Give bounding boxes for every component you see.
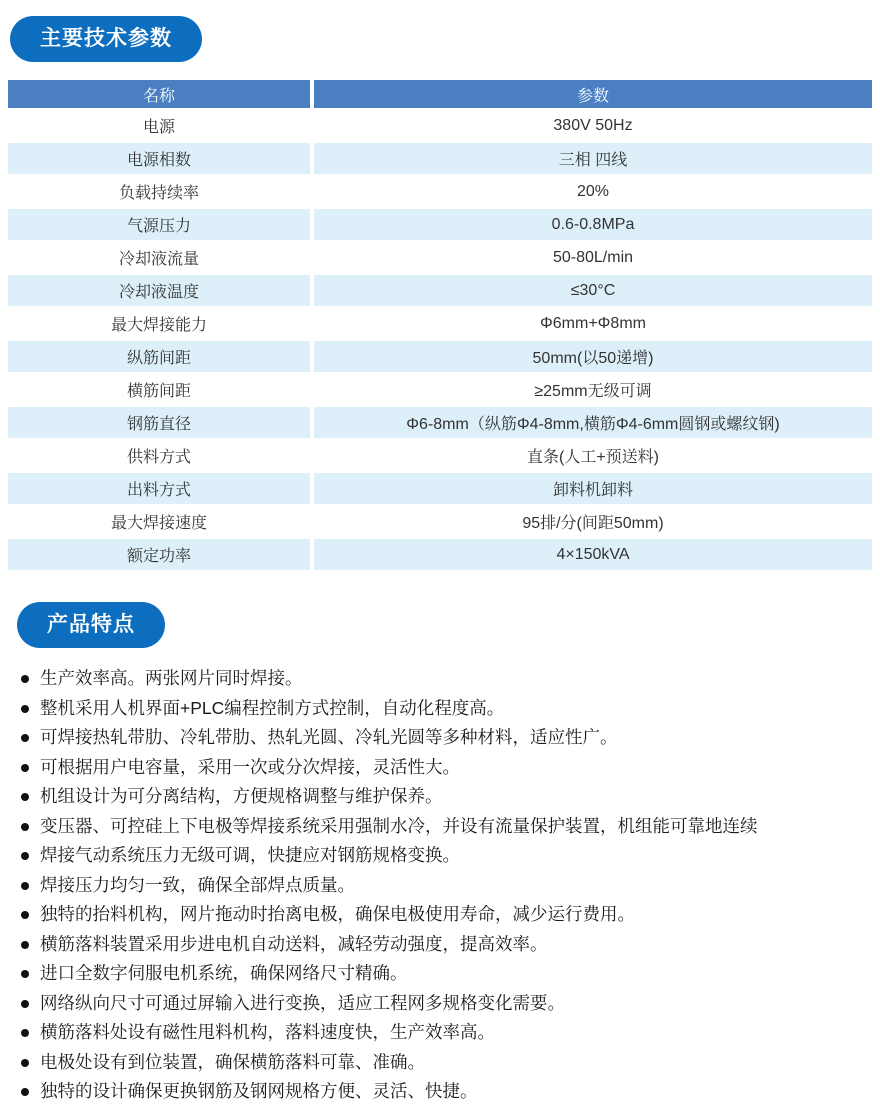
param-value-cell: 直条(人工+预送料) xyxy=(314,440,872,471)
param-value-cell: Φ6mm+Φ8mm xyxy=(314,308,872,339)
param-value-cell: 三相 四线 xyxy=(314,143,872,174)
feature-item: 网络纵向尺寸可通过屏输入进行变换，适应工程网多规格变化需要。 xyxy=(18,989,880,1019)
feature-text: 进口全数字伺服电机系统，确保网络尺寸精确。 xyxy=(40,963,408,983)
param-value-cell: ≥25mm无级可调 xyxy=(314,374,872,405)
param-value-cell: 50-80L/min xyxy=(314,242,872,273)
column-header-value: 参数 xyxy=(314,80,872,108)
bullet-dot-icon xyxy=(21,1029,29,1037)
feature-text: 可根据用户电容量，采用一次或分次焊接，灵活性大。 xyxy=(40,757,460,777)
param-value-cell: 380V 50Hz xyxy=(314,110,872,141)
bullet-dot-icon xyxy=(21,1059,29,1067)
param-name-cell: 纵筋间距 xyxy=(8,341,310,372)
bullet-dot-icon xyxy=(21,1000,29,1008)
feature-item: 独特的设计确保更换钢筋及钢网规格方便、灵活、快捷。 xyxy=(18,1077,880,1106)
spec-table: 名称 参数 电源380V 50Hz电源相数三相 四线负载持续率20%气源压力0.… xyxy=(8,80,872,570)
bullet-dot-icon xyxy=(21,705,29,713)
param-name-cell: 额定功率 xyxy=(8,539,310,570)
bullet-dot-icon xyxy=(21,911,29,919)
feature-text: 变压器、可控硅上下电极等焊接系统采用强制水冷，并设有流量保护装置，机组能可靠地连… xyxy=(40,816,758,836)
feature-text: 横筋落料装置采用步进电机自动送料，减轻劳动强度，提高效率。 xyxy=(40,934,548,954)
param-name-cell: 负载持续率 xyxy=(8,176,310,207)
feature-item: 焊接气动系统压力无级可调，快捷应对钢筋规格变换。 xyxy=(18,841,880,871)
param-name-cell: 最大焊接能力 xyxy=(8,308,310,339)
feature-item: 变压器、可控硅上下电极等焊接系统采用强制水冷，并设有流量保护装置，机组能可靠地连… xyxy=(18,812,880,842)
table-row: 额定功率4×150kVA xyxy=(8,539,872,570)
feature-text: 独特的设计确保更换钢筋及钢网规格方便、灵活、快捷。 xyxy=(40,1081,478,1101)
param-name-cell: 供料方式 xyxy=(8,440,310,471)
param-name-cell: 冷却液温度 xyxy=(8,275,310,306)
feature-item: 可根据用户电容量，采用一次或分次焊接，灵活性大。 xyxy=(18,753,880,783)
feature-text: 独特的抬料机构，网片拖动时抬离电极，确保电极使用寿命，减少运行费用。 xyxy=(40,904,635,924)
table-row: 最大焊接速度95排/分(间距50mm) xyxy=(8,506,872,537)
param-name-cell: 气源压力 xyxy=(8,209,310,240)
feature-item: 机组设计为可分离结构，方便规格调整与维护保养。 xyxy=(18,782,880,812)
param-value-cell: 20% xyxy=(314,176,872,207)
feature-text: 横筋落料处设有磁性甩料机构，落料速度快，生产效率高。 xyxy=(40,1022,495,1042)
section-title-tech-params: 主要技术参数 xyxy=(10,16,202,62)
section-title-features: 产品特点 xyxy=(17,602,165,648)
param-name-cell: 电源 xyxy=(8,110,310,141)
table-row: 出料方式卸料机卸料 xyxy=(8,473,872,504)
table-row: 冷却液温度≤30°C xyxy=(8,275,872,306)
param-value-cell: 95排/分(间距50mm) xyxy=(314,506,872,537)
spec-table-header-row: 名称 参数 xyxy=(8,80,872,108)
feature-text: 整机采用人机界面+PLC编程控制方式控制，自动化程度高。 xyxy=(40,698,504,718)
table-row: 冷却液流量50-80L/min xyxy=(8,242,872,273)
bullet-dot-icon xyxy=(21,793,29,801)
feature-text: 生产效率高。两张网片同时焊接。 xyxy=(40,668,303,688)
param-value-cell: 卸料机卸料 xyxy=(314,473,872,504)
param-value-cell: 4×150kVA xyxy=(314,539,872,570)
bullet-dot-icon xyxy=(21,970,29,978)
table-row: 横筋间距≥25mm无级可调 xyxy=(8,374,872,405)
param-value-cell: Φ6-8mm（纵筋Φ4-8mm,横筋Φ4-6mm圆钢或螺纹钢) xyxy=(314,407,872,438)
param-value-cell: 0.6-0.8MPa xyxy=(314,209,872,240)
feature-text: 焊接气动系统压力无级可调，快捷应对钢筋规格变换。 xyxy=(40,845,460,865)
feature-text: 焊接压力均匀一致，确保全部焊点质量。 xyxy=(40,875,355,895)
feature-text: 机组设计为可分离结构，方便规格调整与维护保养。 xyxy=(40,786,443,806)
feature-item: 整机采用人机界面+PLC编程控制方式控制，自动化程度高。 xyxy=(18,694,880,724)
bullet-dot-icon xyxy=(21,882,29,890)
bullet-dot-icon xyxy=(21,823,29,831)
table-row: 供料方式直条(人工+预送料) xyxy=(8,440,872,471)
spec-table-body: 电源380V 50Hz电源相数三相 四线负载持续率20%气源压力0.6-0.8M… xyxy=(8,110,872,570)
param-name-cell: 钢筋直径 xyxy=(8,407,310,438)
table-row: 最大焊接能力Φ6mm+Φ8mm xyxy=(8,308,872,339)
param-name-cell: 出料方式 xyxy=(8,473,310,504)
param-name-cell: 最大焊接速度 xyxy=(8,506,310,537)
feature-item: 独特的抬料机构，网片拖动时抬离电极，确保电极使用寿命，减少运行费用。 xyxy=(18,900,880,930)
table-row: 负载持续率20% xyxy=(8,176,872,207)
bullet-dot-icon xyxy=(21,675,29,683)
spec-sheet-page: 主要技术参数 名称 参数 电源380V 50Hz电源相数三相 四线负载持续率20… xyxy=(0,0,880,1106)
table-row: 纵筋间距50mm(以50递增) xyxy=(8,341,872,372)
feature-text: 网络纵向尺寸可通过屏输入进行变换，适应工程网多规格变化需要。 xyxy=(40,993,565,1013)
feature-item: 可焊接热轧带肋、冷轧带肋、热轧光圆、冷轧光圆等多种材料，适应性广。 xyxy=(18,723,880,753)
feature-item: 进口全数字伺服电机系统，确保网络尺寸精确。 xyxy=(18,959,880,989)
table-row: 钢筋直径Φ6-8mm（纵筋Φ4-8mm,横筋Φ4-6mm圆钢或螺纹钢) xyxy=(8,407,872,438)
feature-item: 生产效率高。两张网片同时焊接。 xyxy=(18,664,880,694)
bullet-dot-icon xyxy=(21,1088,29,1096)
bullet-dot-icon xyxy=(21,852,29,860)
param-name-cell: 电源相数 xyxy=(8,143,310,174)
param-name-cell: 横筋间距 xyxy=(8,374,310,405)
table-row: 气源压力0.6-0.8MPa xyxy=(8,209,872,240)
feature-text: 电极处设有到位装置，确保横筋落料可靠、准确。 xyxy=(40,1052,425,1072)
feature-item: 电极处设有到位装置，确保横筋落料可靠、准确。 xyxy=(18,1048,880,1078)
column-header-name: 名称 xyxy=(8,80,310,108)
param-value-cell: 50mm(以50递增) xyxy=(314,341,872,372)
bullet-dot-icon xyxy=(21,941,29,949)
feature-item: 横筋落料处设有磁性甩料机构，落料速度快，生产效率高。 xyxy=(18,1018,880,1048)
param-name-cell: 冷却液流量 xyxy=(8,242,310,273)
feature-item: 焊接压力均匀一致，确保全部焊点质量。 xyxy=(18,871,880,901)
table-row: 电源相数三相 四线 xyxy=(8,143,872,174)
bullet-dot-icon xyxy=(21,764,29,772)
table-row: 电源380V 50Hz xyxy=(8,110,872,141)
feature-text: 可焊接热轧带肋、冷轧带肋、热轧光圆、冷轧光圆等多种材料，适应性广。 xyxy=(40,727,618,747)
param-value-cell: ≤30°C xyxy=(314,275,872,306)
feature-list: 生产效率高。两张网片同时焊接。整机采用人机界面+PLC编程控制方式控制，自动化程… xyxy=(18,664,880,1106)
bullet-dot-icon xyxy=(21,734,29,742)
feature-item: 横筋落料装置采用步进电机自动送料，减轻劳动强度，提高效率。 xyxy=(18,930,880,960)
